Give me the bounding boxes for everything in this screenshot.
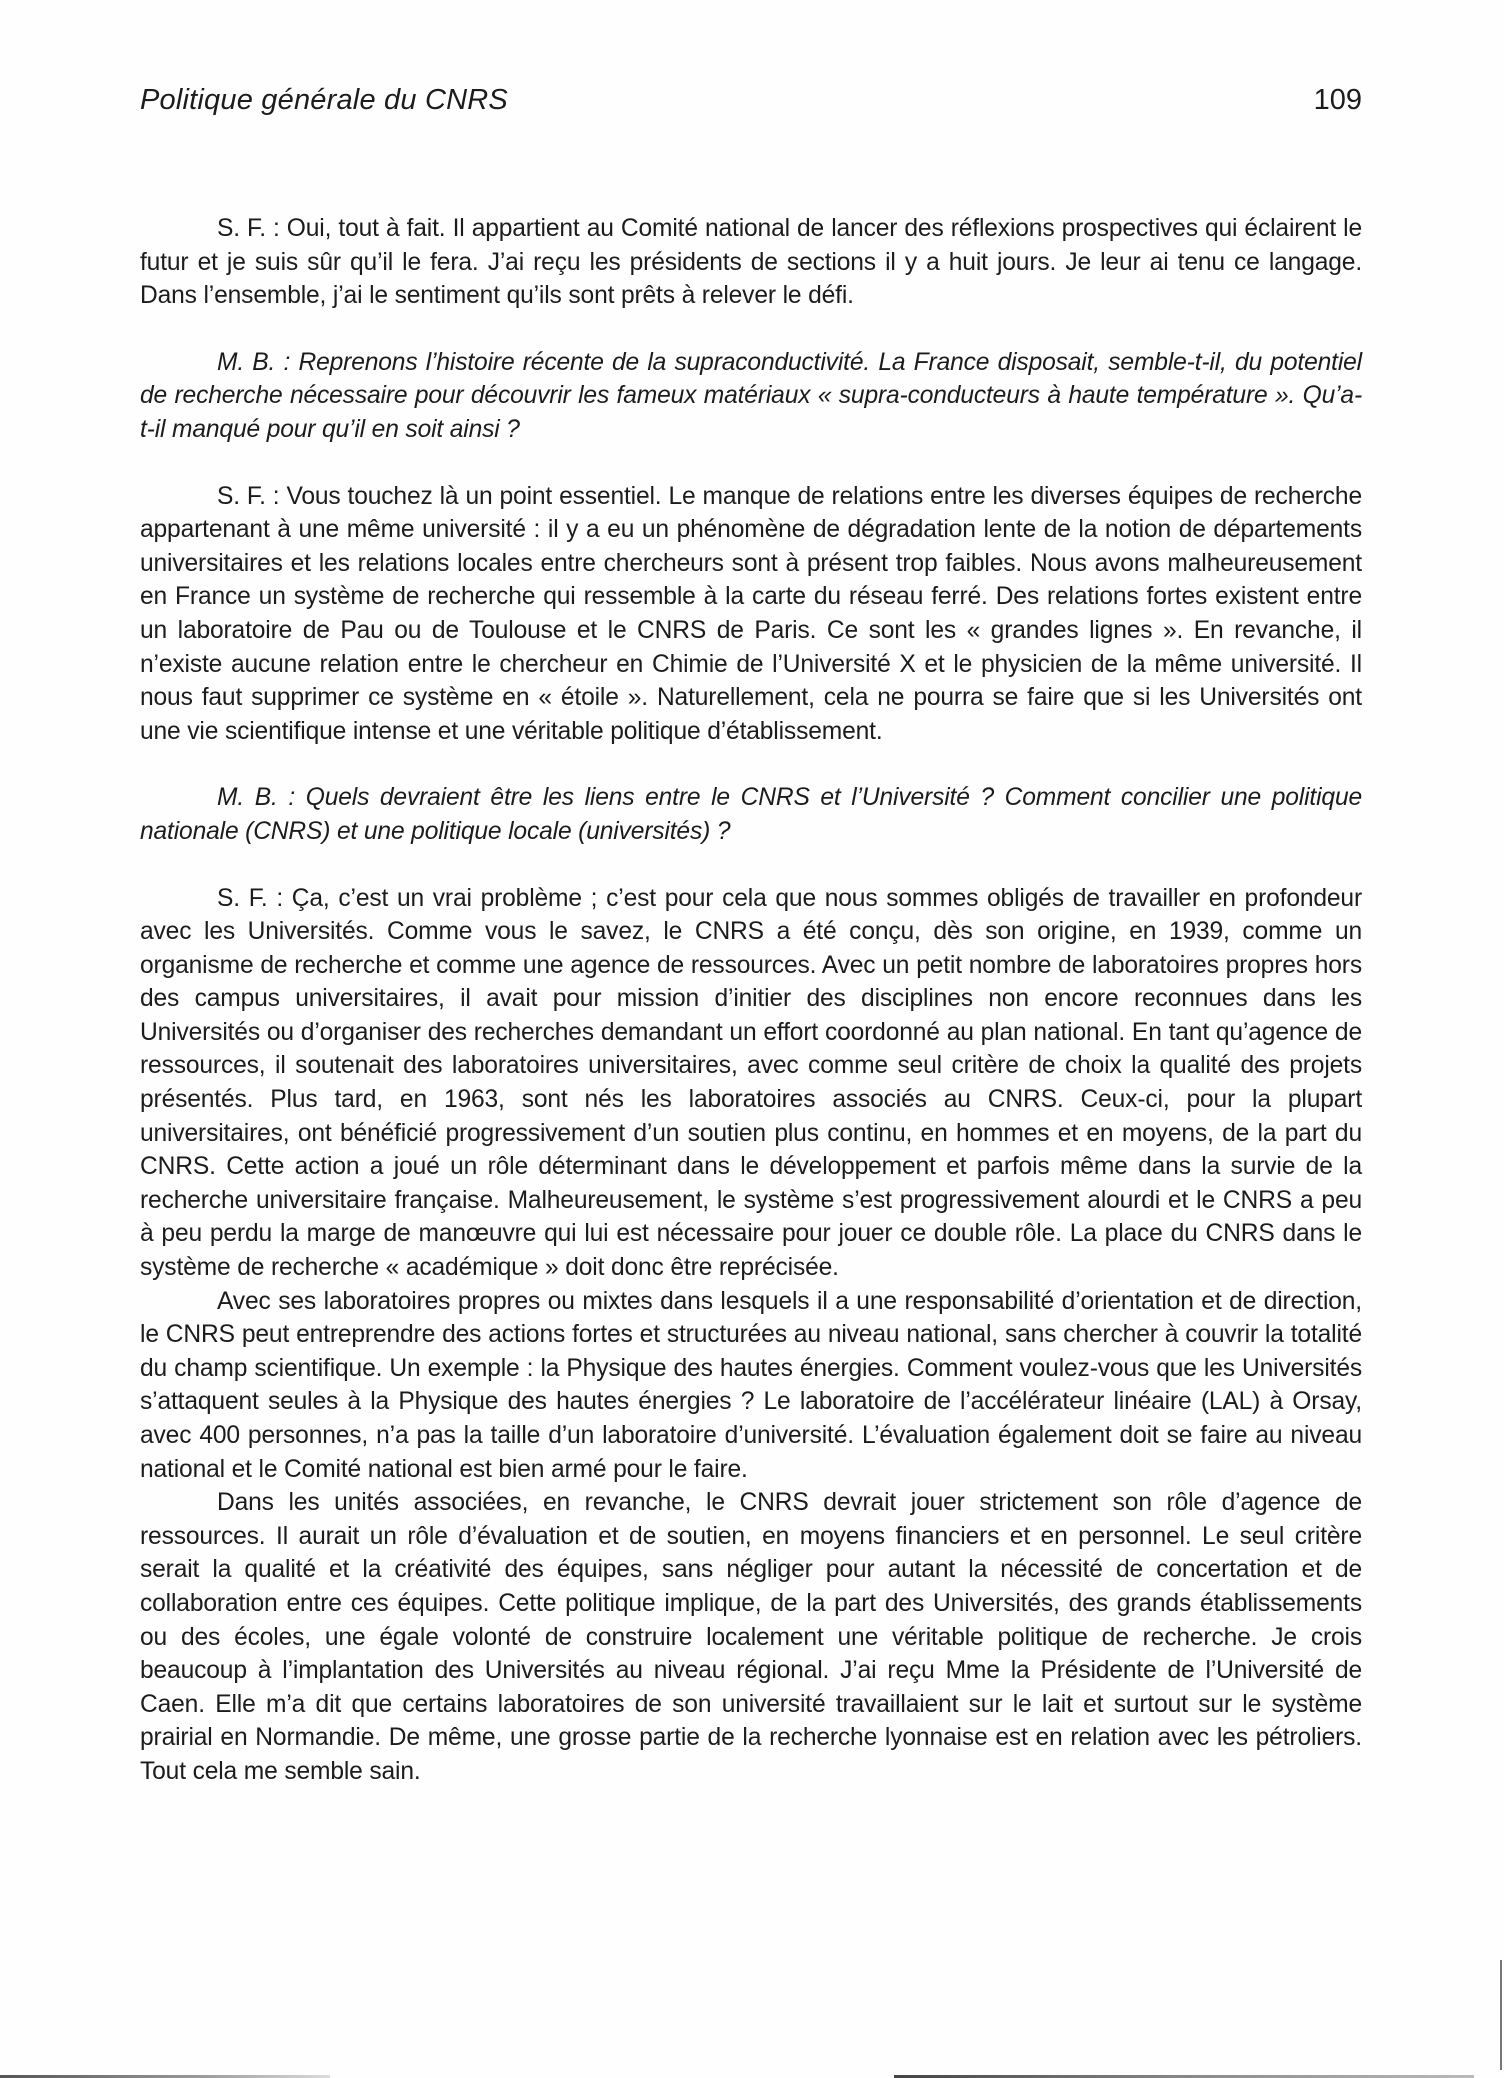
page-number: 109 bbox=[1314, 84, 1362, 117]
paragraph-question: M. B. : Quels devraient être les liens e… bbox=[140, 781, 1362, 848]
paragraph-text: : Vous touchez là un point essentiel. Le… bbox=[140, 483, 1362, 745]
paragraph-question: M. B. : Reprenons l’histoire récente de … bbox=[140, 346, 1362, 447]
paragraph-text: : Quels devraient être les liens entre l… bbox=[140, 784, 1362, 845]
scan-edge-artifact bbox=[1500, 1960, 1502, 2070]
speaker-label: S. F. bbox=[217, 483, 266, 510]
document-page: Politique générale du CNRS 109 S. F. : O… bbox=[0, 0, 1504, 2078]
paragraph-text: : Ça, c’est un vrai problème ; c’est pou… bbox=[140, 885, 1362, 1282]
paragraph-text: Dans les unités associées, en revanche, … bbox=[140, 1489, 1362, 1785]
body-text: S. F. : Oui, tout à fait. Il appartient … bbox=[140, 212, 1362, 1789]
paragraph-answer: S. F. : Ça, c’est un vrai problème ; c’e… bbox=[140, 882, 1362, 1285]
paragraph-text: : Oui, tout à fait. Il appartient au Com… bbox=[140, 215, 1362, 309]
speaker-label: M. B. bbox=[217, 784, 278, 811]
paragraph-answer: S. F. : Vous touchez là un point essenti… bbox=[140, 480, 1362, 749]
speaker-label: M. B. bbox=[217, 349, 275, 376]
paragraph-text: Avec ses laboratoires propres ou mixtes … bbox=[140, 1288, 1362, 1483]
speaker-label: S. F. bbox=[217, 215, 266, 242]
speaker-label: S. F. bbox=[217, 885, 268, 912]
paragraph-continuation: Dans les unités associées, en revanche, … bbox=[140, 1486, 1362, 1788]
running-header: Politique générale du CNRS 109 bbox=[140, 84, 1362, 117]
running-title: Politique générale du CNRS bbox=[140, 84, 508, 117]
paragraph-answer: S. F. : Oui, tout à fait. Il appartient … bbox=[140, 212, 1362, 313]
paragraph-continuation: Avec ses laboratoires propres ou mixtes … bbox=[140, 1285, 1362, 1487]
paragraph-text: : Reprenons l’histoire récente de la sup… bbox=[140, 349, 1362, 443]
